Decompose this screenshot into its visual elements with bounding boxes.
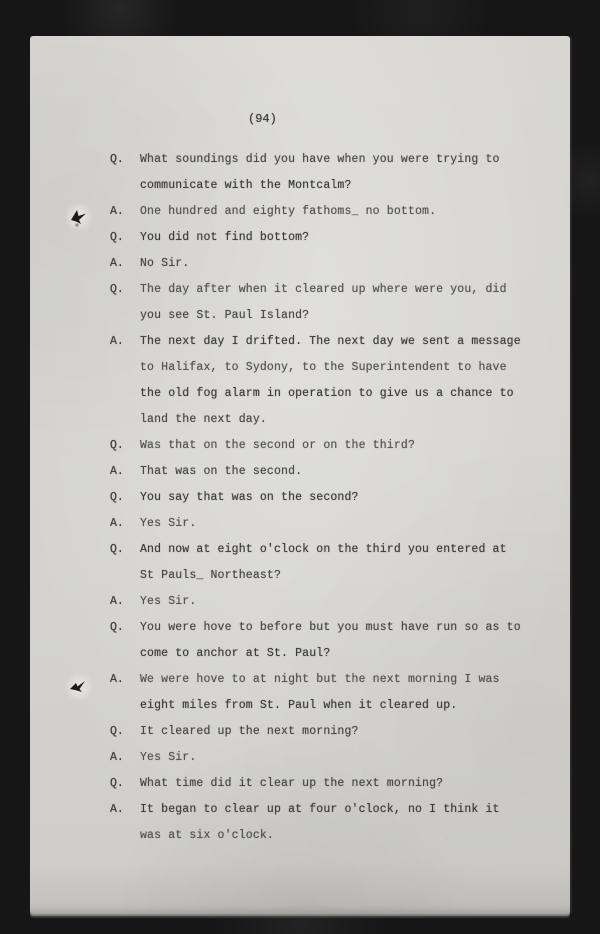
speaker-marker: Q. bbox=[110, 771, 124, 797]
transcript-row: Q.You were hove to before but you must h… bbox=[30, 615, 570, 641]
transcript-line: You were hove to before but you must hav… bbox=[140, 615, 521, 641]
document-page: (94) Q.What soundings did you have when … bbox=[30, 36, 570, 914]
transcript-line: You say that was on the second? bbox=[140, 485, 359, 511]
speaker-marker: Q. bbox=[110, 277, 124, 303]
transcript-line: come to anchor at St. Paul? bbox=[140, 641, 330, 667]
transcript-row: Q.It cleared up the next morning? bbox=[30, 719, 570, 745]
transcript-row: you see St. Paul Island? bbox=[30, 303, 570, 329]
transcript-row: A.The next day I drifted. The next day w… bbox=[30, 329, 570, 355]
transcript-row: St Pauls_ Northeast? bbox=[30, 563, 570, 589]
transcript-line: was at six o'clock. bbox=[140, 823, 274, 849]
transcript-line: What time did it clear up the next morni… bbox=[140, 771, 443, 797]
ink-blot-icon bbox=[68, 677, 88, 697]
transcript-line: eight miles from St. Paul when it cleare… bbox=[140, 693, 457, 719]
speaker-marker: A. bbox=[110, 459, 124, 485]
ink-blot-mark bbox=[64, 202, 94, 232]
speaker-marker: Q. bbox=[110, 225, 124, 251]
speaker-marker: A. bbox=[110, 329, 124, 355]
transcript-line: It cleared up the next morning? bbox=[140, 719, 359, 745]
transcript-row: eight miles from St. Paul when it cleare… bbox=[30, 693, 570, 719]
transcript-line: And now at eight o'clock on the third yo… bbox=[140, 537, 507, 563]
speaker-marker: Q. bbox=[110, 615, 124, 641]
transcript-row: come to anchor at St. Paul? bbox=[30, 641, 570, 667]
transcript-line: What soundings did you have when you wer… bbox=[140, 147, 500, 173]
speaker-marker: Q. bbox=[110, 433, 124, 459]
speaker-marker: A. bbox=[110, 797, 124, 823]
transcript-line: communicate with the Montcalm? bbox=[140, 173, 352, 199]
page-number: (94) bbox=[30, 36, 570, 126]
transcript-row: A.Yes Sir. bbox=[30, 511, 570, 537]
transcript-row: Q.And now at eight o'clock on the third … bbox=[30, 537, 570, 563]
speaker-marker: Q. bbox=[110, 537, 124, 563]
transcript-row: A.Yes Sir. bbox=[30, 745, 570, 771]
speaker-marker: A. bbox=[110, 745, 124, 771]
speaker-marker: Q. bbox=[110, 719, 124, 745]
transcript-line: No Sir. bbox=[140, 251, 189, 277]
transcript-line: Yes Sir. bbox=[140, 589, 196, 615]
transcript-row: Q.What time did it clear up the next mor… bbox=[30, 771, 570, 797]
transcript-row: Q.You did not find bottom? bbox=[30, 225, 570, 251]
transcript-line: That was on the second. bbox=[140, 459, 302, 485]
transcript-line: you see St. Paul Island? bbox=[140, 303, 309, 329]
transcript-row: was at six o'clock. bbox=[30, 823, 570, 849]
transcript-line: One hundred and eighty fathoms_ no botto… bbox=[140, 199, 436, 225]
transcript-row: A.No Sir. bbox=[30, 251, 570, 277]
speaker-marker: A. bbox=[110, 667, 124, 693]
speaker-marker: Q. bbox=[110, 147, 124, 173]
transcript-line: Yes Sir. bbox=[140, 745, 196, 771]
transcript-line: the old fog alarm in operation to give u… bbox=[140, 381, 514, 407]
transcript-row: to Halifax, to Sydony, to the Superinten… bbox=[30, 355, 570, 381]
transcript-line: The day after when it cleared up where w… bbox=[140, 277, 507, 303]
transcript-row: A.We were hove to at night but the next … bbox=[30, 667, 570, 693]
transcript-body: Q.What soundings did you have when you w… bbox=[30, 147, 570, 849]
transcript-line: St Pauls_ Northeast? bbox=[140, 563, 281, 589]
speaker-marker: A. bbox=[110, 511, 124, 537]
transcript-row: Q.Was that on the second or on the third… bbox=[30, 433, 570, 459]
transcript-row: A.That was on the second. bbox=[30, 459, 570, 485]
speaker-marker: Q. bbox=[110, 485, 124, 511]
transcript-row: A.Yes Sir. bbox=[30, 589, 570, 615]
transcript-line: to Halifax, to Sydony, to the Superinten… bbox=[140, 355, 507, 381]
ink-blot-icon bbox=[68, 207, 88, 227]
transcript-line: It began to clear up at four o'clock, no… bbox=[140, 797, 500, 823]
transcript-row: land the next day. bbox=[30, 407, 570, 433]
transcript-row: Q.The day after when it cleared up where… bbox=[30, 277, 570, 303]
transcript-row: A.It began to clear up at four o'clock, … bbox=[30, 797, 570, 823]
transcript-line: Was that on the second or on the third? bbox=[140, 433, 415, 459]
transcript-line: You did not find bottom? bbox=[140, 225, 309, 251]
transcript-row: Q.You say that was on the second? bbox=[30, 485, 570, 511]
transcript-line: land the next day. bbox=[140, 407, 267, 433]
speaker-marker: A. bbox=[110, 251, 124, 277]
ink-blot-mark bbox=[64, 672, 94, 702]
transcript-line: The next day I drifted. The next day we … bbox=[140, 329, 521, 355]
speaker-marker: A. bbox=[110, 589, 124, 615]
scanner-background: (94) Q.What soundings did you have when … bbox=[0, 0, 600, 934]
transcript-line: Yes Sir. bbox=[140, 511, 196, 537]
transcript-line: We were hove to at night but the next mo… bbox=[140, 667, 500, 693]
speaker-marker: A. bbox=[110, 199, 124, 225]
transcript-row: communicate with the Montcalm? bbox=[30, 173, 570, 199]
transcript-row: Q.What soundings did you have when you w… bbox=[30, 147, 570, 173]
transcript-row: A.One hundred and eighty fathoms_ no bot… bbox=[30, 199, 570, 225]
transcript-row: the old fog alarm in operation to give u… bbox=[30, 381, 570, 407]
